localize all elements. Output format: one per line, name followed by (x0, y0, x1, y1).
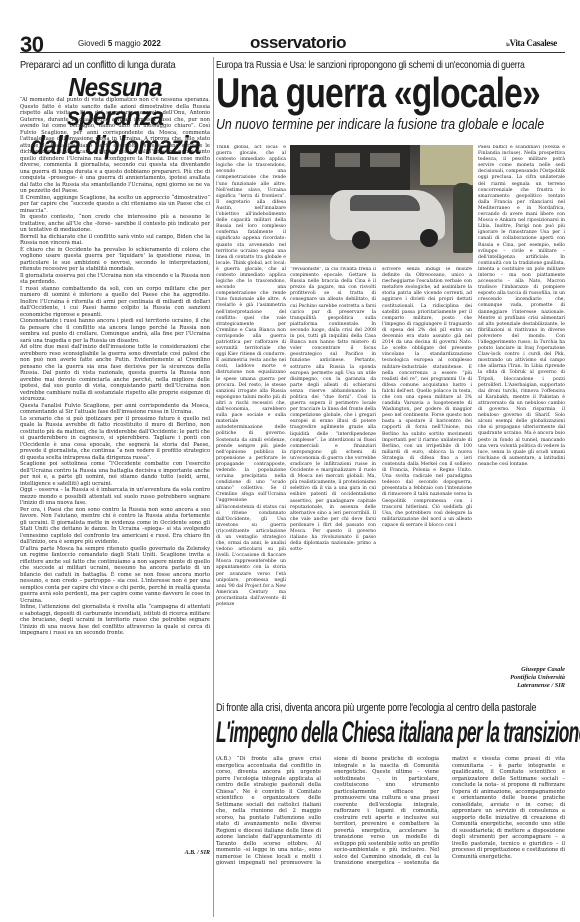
page-number: 30 (20, 32, 43, 58)
newspaper-page: 30 Giovedì 5 maggio 2022 osservatorio la… (20, 0, 565, 922)
bottom-article-col2: sione di buone pratiche di ecologia inte… (334, 756, 439, 866)
issue-date: Giovedì 5 maggio 2022 (78, 39, 161, 48)
photo-window (370, 153, 400, 167)
bottom-article-title: L'impegno della Chiesa italiana per la t… (216, 716, 418, 750)
main-article-col2: “revisioniste”, la cui rivalità frena il… (290, 267, 376, 665)
section-title: osservatorio (250, 33, 346, 53)
column-divider (213, 57, 214, 917)
photo-window (300, 153, 320, 167)
photo-car-wheel (352, 231, 370, 249)
bottom-article-col3: mativi e vissuta come prassi di vita com… (452, 756, 565, 866)
main-article-col3: scrivere senza indugi le misure definite… (382, 267, 472, 665)
main-article-col1: Think global, act local: è guerra glocal… (216, 145, 286, 633)
main-article-col4: Paesi baltici e scandinavi (Svezia e Fin… (478, 145, 565, 661)
main-article-title: Una guerra «glocale» (216, 71, 495, 115)
article-photo (290, 145, 473, 263)
main-article: Europa tra Russia e Usa: le sanzioni rip… (216, 57, 565, 697)
bottom-article-col1: (A.B.) “Di fronte alla grave crisi energ… (216, 756, 321, 866)
photo-car-window (350, 195, 420, 211)
bottom-article: Di fronte alla crisi, diventa ancora più… (216, 702, 565, 872)
photo-window (335, 153, 360, 167)
photo-car-wheel (420, 229, 438, 247)
main-article-subtitle: Un nuovo termine per indicare la fusione… (216, 117, 513, 133)
left-article-signature: A.B. / SIR (20, 850, 210, 856)
photo-tree (420, 145, 473, 185)
photo-person (453, 183, 473, 253)
left-article-body: “Al momento dal punto di vista diplomati… (20, 97, 210, 845)
bottom-article-kicker: Di fronte alla crisi, diventa ancora più… (216, 702, 536, 714)
brand-logo: laVita Casalese (506, 38, 557, 48)
masthead: 30 Giovedì 5 maggio 2022 osservatorio la… (20, 30, 565, 53)
left-article-kicker: Prepararci ad un conflitto di lunga dura… (20, 59, 175, 71)
main-article-author: Giuseppe Casale Pontificia Università La… (478, 666, 565, 690)
